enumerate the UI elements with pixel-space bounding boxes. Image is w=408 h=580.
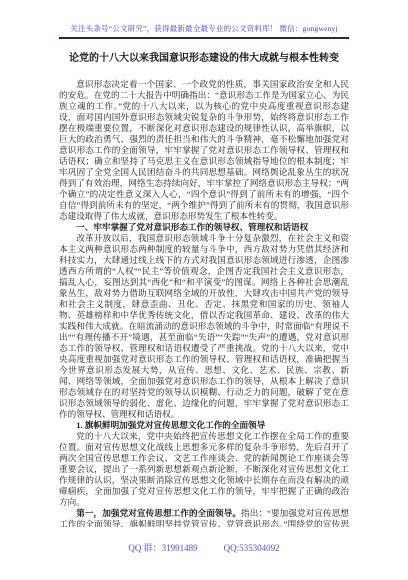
page-footer: QQ 群：31991489QQ:535304092 <box>0 542 408 554</box>
section-1-paragraph: 改革开放以后，我国意识形态领域斗争十分复杂激烈，在社会主义和资本主义两种意识形态… <box>59 233 349 420</box>
point-1-lead: 第一，加强党对宣传思想工作的全面领导。 <box>76 508 241 518</box>
qq-group-number: QQ 群：31991489 <box>128 543 197 553</box>
intro-paragraph: 意识形态决定着一个国家、一个政党的性质，事关国家政治安全和人民的安危。在党的二十… <box>59 79 349 222</box>
qq-number: QQ:535304092 <box>224 543 280 553</box>
page-header: 关注头条号“公文研究”，获得最新最全最专业的公文资料库！ 微信：gongweny… <box>59 24 349 39</box>
document-body: 意识形态决定着一个国家、一个政党的性质，事关国家政治安全和人民的安危。在党的二十… <box>59 79 349 527</box>
header-promo-text: 关注头条号“公文研究”，获得最新最全最专业的公文资料库！ 微信：gongweny… <box>59 24 349 34</box>
subsection-1-heading: 1. 旗帜鲜明加强党对宣传思想文化工作的全面领导 <box>59 420 349 431</box>
document-page: 关注头条号“公文研究”，获得最新最全最专业的公文资料库！ 微信：gongweny… <box>0 0 408 580</box>
document-title: 论党的十八大以来我国意识形态建设的伟大成就与根本性转变 <box>59 52 349 66</box>
subsection-1-paragraph: 党的十八大以来，党中央始终把宣传思想文化工作摆在全局工作的重要位置。面对宣传思想… <box>59 431 349 508</box>
section-1-heading: 一、牢牢掌握了党对意识形态工作的领导权、管理权和话语权 <box>59 222 349 233</box>
point-1-paragraph: 第一，加强党对宣传思想工作的全面领导。指出：“要加强党对宣传思想工作的全面领导，… <box>59 508 349 527</box>
